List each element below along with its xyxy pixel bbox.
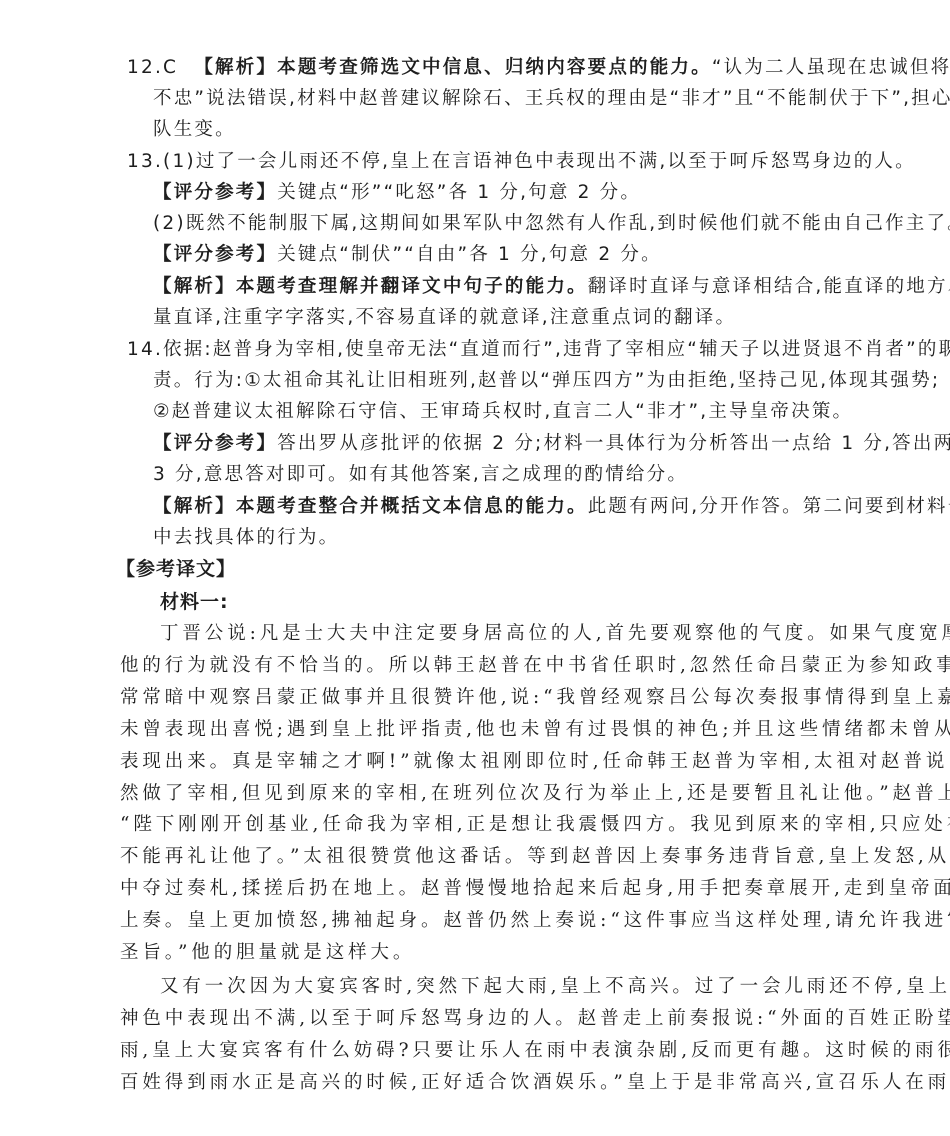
translation-line: 雨,皇上大宴宾客有什么妨碍?只要让乐人在雨中表演杂剧,反而更有趣。这时候的雨很难… (120, 1039, 950, 1063)
translation-line: 百姓得到雨水正是高兴的时候,正好适合饮酒娱乐。”皇上于是非常高兴,宣召乐人在雨中… (120, 1071, 950, 1095)
translation-line: 未曾表现出喜悦;遇到皇上批评指责,他也未曾有过畏惧的神色;并且这些情绪都未曾从言… (120, 718, 950, 742)
q13-part1: (1)过了一会儿雨还不停,皇上在言语神色中表现出不满,以至于呵斥怒骂身边的人。 (163, 151, 916, 172)
q12-line-1: 12.C 【解析】本题考查筛选文中信息、归纳内容要点的能力。“认为二人虽现在忠诚… (127, 56, 950, 80)
q14-text: 依据:赵普身为宰相,使皇帝无法“直道而行”,违背了宰相应“辅天子以进贤退不肖者”… (163, 339, 950, 360)
q13-score-1: 【评分参考】关键点“形”“叱怒”各 1 分,句意 2 分。 (153, 181, 641, 205)
score-text: 关键点“制伏”“自由”各 1 分,句意 2 分。 (277, 244, 662, 265)
q13-analysis-line-1: 【解析】本题考查理解并翻译文中句子的能力。翻译时直译与意译相结合,能直译的地方尽 (153, 275, 950, 299)
translation-line: 又有一次因为大宴宾客时,突然下起大雨,皇上不高兴。过了一会儿雨还不停,皇上在言语 (160, 975, 950, 999)
analysis-bold-text: 本题考查整合并概括文本信息的能力。 (236, 496, 588, 517)
analysis-label: 【解析】 (153, 496, 236, 517)
translation-line: 丁晋公说:凡是士大夫中注定要身居高位的人,首先要观察他的气度。如果气度宽厚,那么 (160, 622, 950, 646)
translation-heading: 【参考译文】 (116, 557, 236, 581)
translation-line: 中夺过奏札,揉搓后扔在地上。赵普慢慢地拾起来后起身,用手把奏章展开,走到皇帝面前… (120, 877, 950, 901)
analysis-bold-text: 本题考查理解并翻译文中句子的能力。 (236, 276, 588, 297)
translation-line: 常常暗中观察吕蒙正做事并且很赞许他,说:“我曾经观察吕公每次奏报事情得到皇上嘉奖… (120, 686, 950, 710)
q13-part2: (2)既然不能制服下属,这期间如果军队中忽然有人作乱,到时候他们就不能由自己作主… (153, 212, 950, 236)
analysis-label: 【解析】 (153, 276, 236, 297)
score-label: 【评分参考】 (153, 433, 277, 454)
q14-analysis-line-1: 【解析】本题考查整合并概括文本信息的能力。此题有两问,分开作答。第二问要到材料一 (153, 495, 950, 519)
score-label: 【评分参考】 (153, 244, 277, 265)
translation-line: 不能再礼让他了。”太祖很赞赏他这番话。等到赵普因上奏事务违背旨意,皇上发怒,从赵… (120, 845, 950, 869)
q13-analysis-line-2: 量直译,注重字字落实,不容易直译的就意译,注意重点词的翻译。 (153, 306, 736, 330)
question-number: 13. (127, 151, 163, 172)
q13-line-1: 13.(1)过了一会儿雨还不停,皇上在言语神色中表现出不满,以至于呵斥怒骂身边的… (127, 150, 916, 174)
q14-line-2: 责。行为:①太祖命其礼让旧相班列,赵普以“弹压四方”为由拒绝,坚持己见,体现其强… (153, 369, 940, 393)
score-text: 关键点“形”“叱怒”各 1 分,句意 2 分。 (277, 182, 641, 203)
question-number: 12.C (127, 57, 178, 78)
analysis-label: 【解析】 (194, 57, 277, 78)
analysis-text: 翻译时直译与意译相结合,能直译的地方尽 (588, 276, 950, 297)
score-label: 【评分参考】 (153, 182, 277, 203)
q14-score-line-2: 3 分,意思答对即可。如有其他答案,言之成理的酌情给分。 (153, 463, 688, 487)
q14-line-3: ②赵普建议太祖解除石守信、王审琦兵权时,直言二人“非才”,主导皇帝决策。 (153, 400, 853, 424)
score-text: 答出罗从彦批评的依据 2 分;材料一具体行为分析答出一点给 1 分,答出两点给 (277, 433, 950, 454)
q12-line-3: 队生变。 (153, 118, 236, 142)
material-one-heading: 材料一: (160, 590, 229, 614)
q14-analysis-line-2: 中去找具体的行为。 (153, 526, 339, 550)
translation-line: 神色中表现出不满,以至于呵斥怒骂身边的人。赵普走上前奏报说:“外面的百姓正盼望着… (120, 1007, 950, 1031)
translation-line: “陛下刚刚开创基业,任命我为宰相,正是想让我震慑四方。我见到原来的宰相,只应处在… (120, 813, 950, 837)
translation-line: 表现出来。真是宰辅之才啊!”就像太祖刚即位时,任命韩王赵普为宰相,太祖对赵普说:… (120, 750, 950, 774)
q14-line-1: 14.依据:赵普身为宰相,使皇帝无法“直道而行”,违背了宰相应“辅天子以进贤退不… (127, 338, 950, 362)
analysis-text: 此题有两问,分开作答。第二问要到材料一 (588, 496, 950, 517)
translation-line: 他的行为就没有不恰当的。所以韩王赵普在中书省任职时,忽然任命吕蒙正为参知政事。赵… (120, 654, 950, 678)
translation-line: 然做了宰相,但见到原来的宰相,在班列位次及行为举止上,还是要暂且礼让他。”赵普上… (120, 782, 950, 806)
analysis-bold-text: 本题考查筛选文中信息、归纳内容要点的能力。 (277, 57, 712, 78)
q12-line-2: 不忠”说法错误,材料中赵普建议解除石、王兵权的理由是“非才”且“不能制伏于下”,… (153, 87, 950, 111)
translation-line: 圣旨。”他的胆量就是这样大。 (120, 941, 415, 965)
q14-score-line-1: 【评分参考】答出罗从彦批评的依据 2 分;材料一具体行为分析答出一点给 1 分,… (153, 432, 950, 456)
q13-score-2: 【评分参考】关键点“制伏”“自由”各 1 分,句意 2 分。 (153, 243, 662, 267)
translation-line: 上奏。皇上更加愤怒,拂袖起身。赵普仍然上奏说:“这件事应当这样处理,请允许我进宫… (120, 909, 950, 933)
question-number: 14. (127, 339, 163, 360)
analysis-text: “认为二人虽现在忠诚但将来会 (712, 57, 950, 78)
